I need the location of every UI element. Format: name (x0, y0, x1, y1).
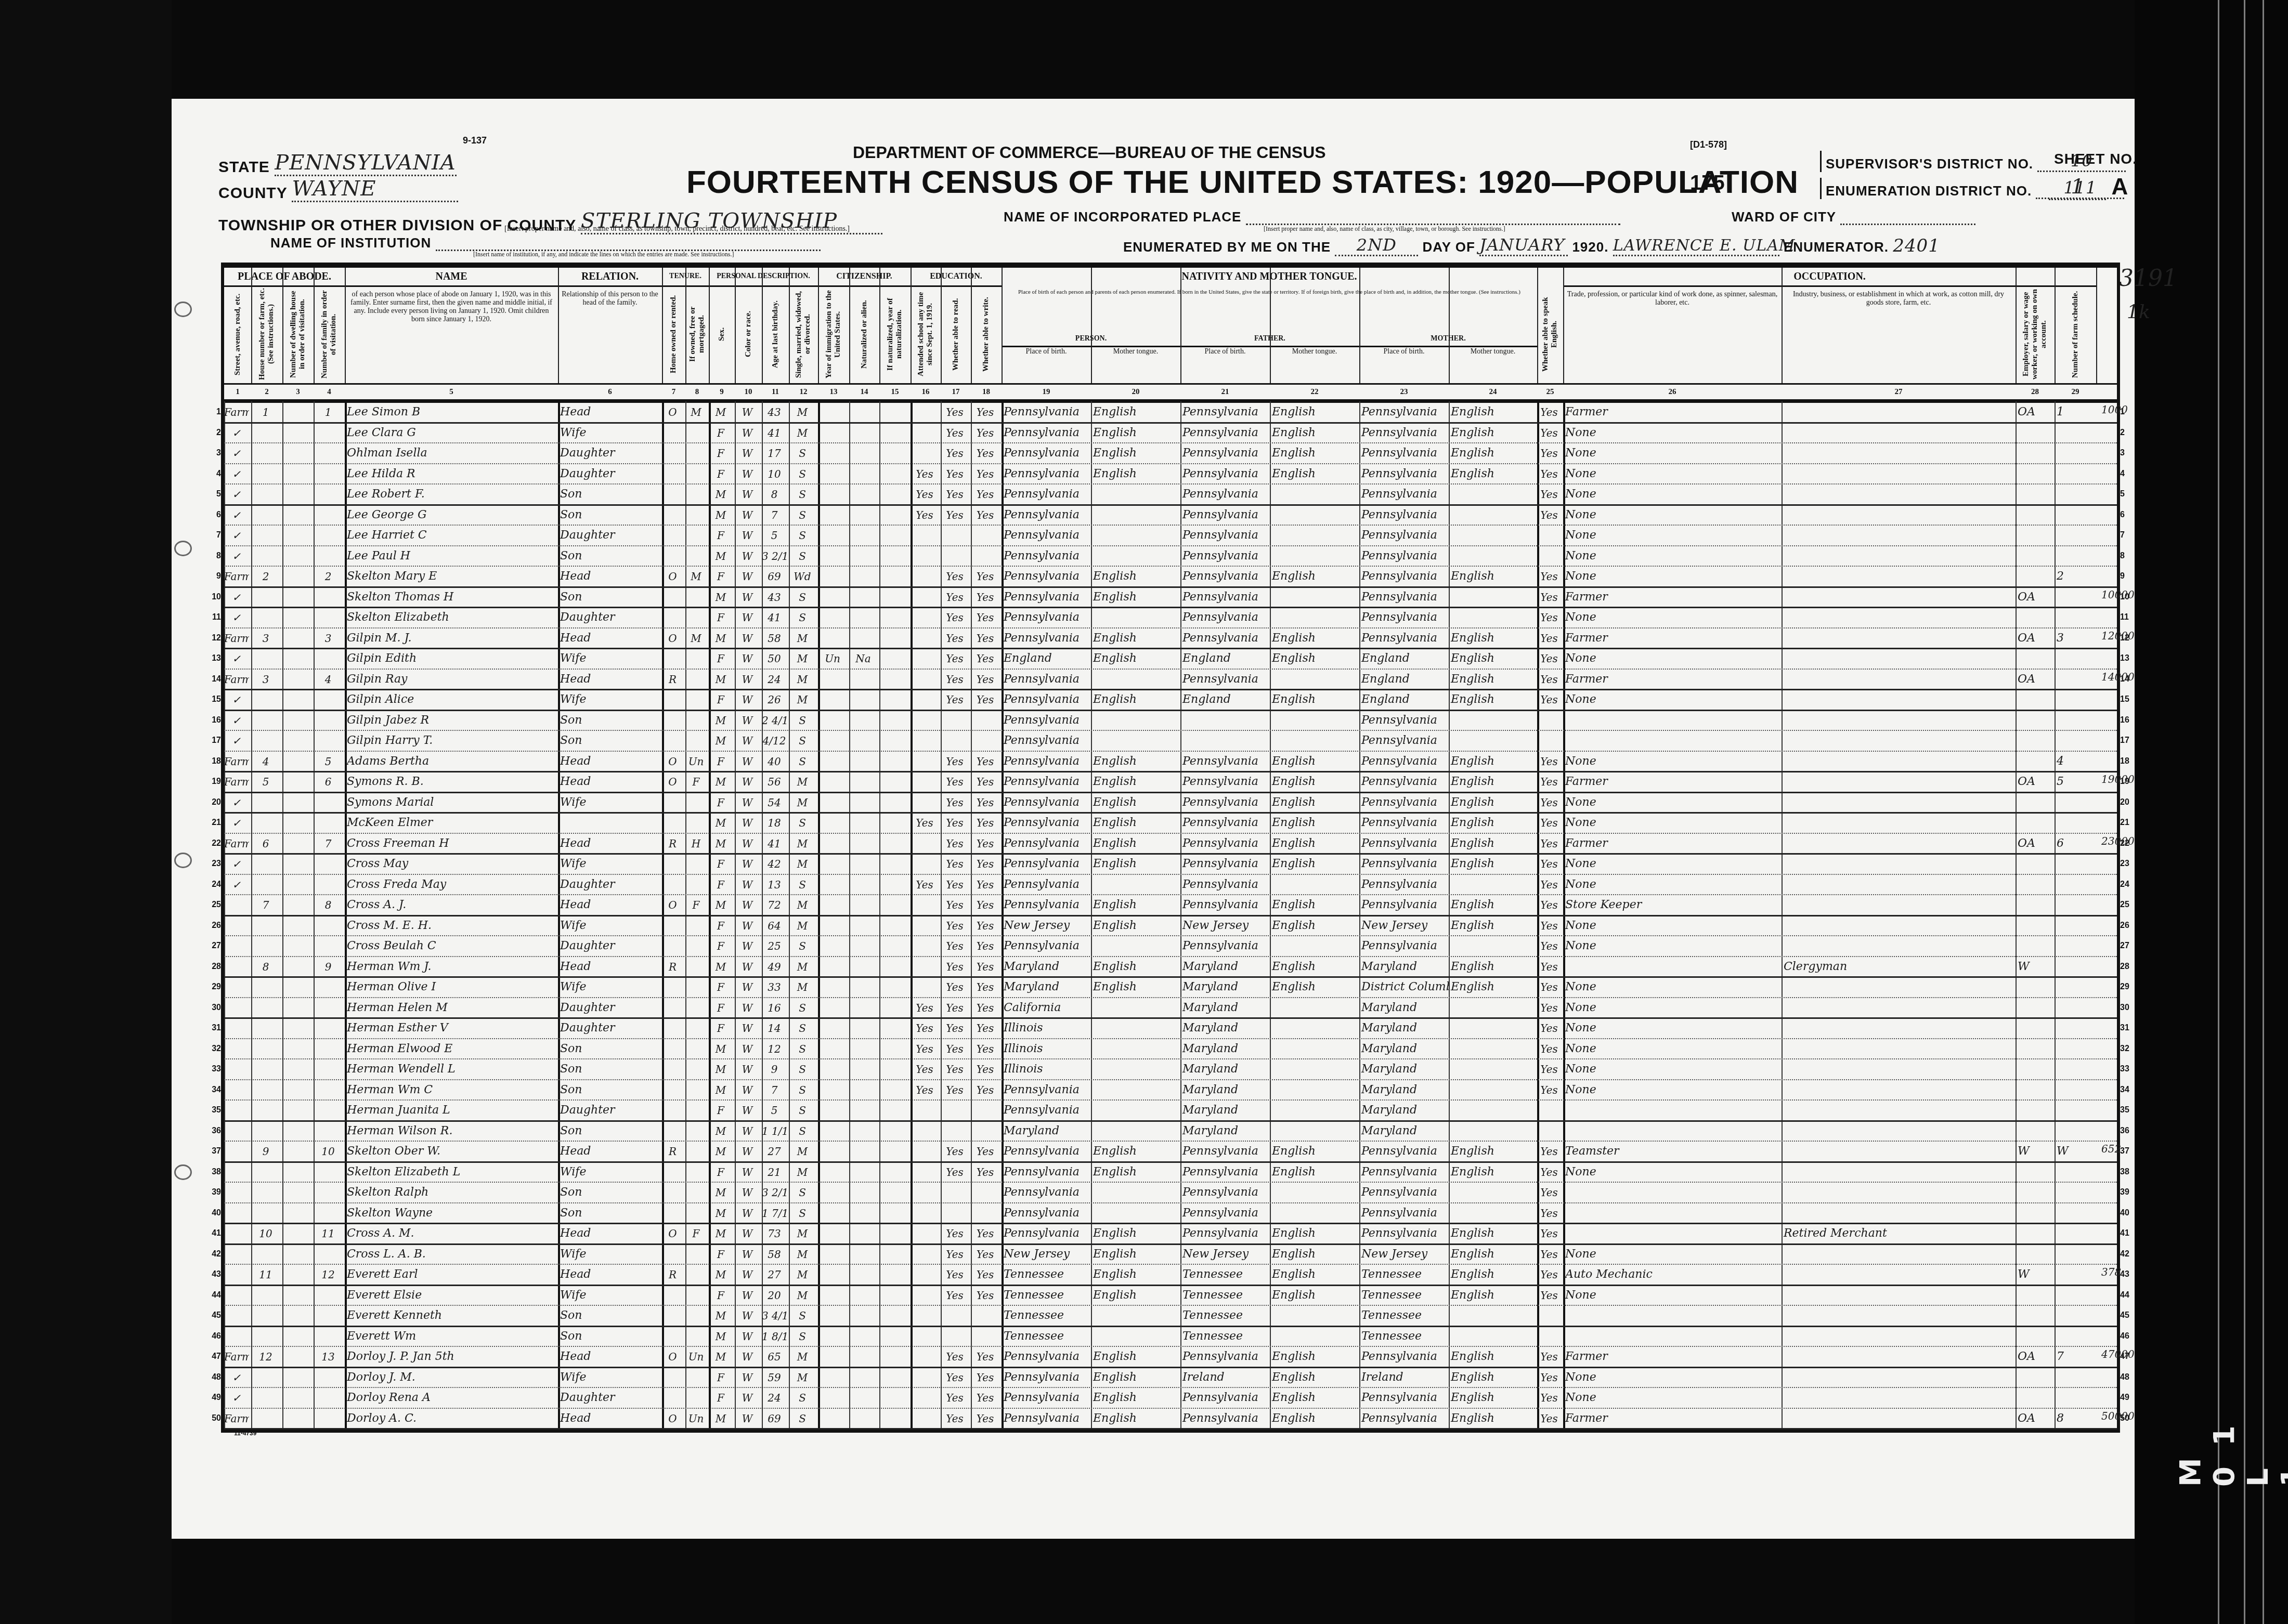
table-row[interactable]: 1919Farm56Symons R. B.HeadOFMW56MYesYesP… (224, 771, 2117, 793)
table-row[interactable]: 3232Herman Elwood ESonMW12SYesYesYesIlli… (224, 1038, 2117, 1060)
cell-tenure (662, 463, 683, 483)
cell-f_tongue (1270, 1182, 1359, 1202)
cell-mort (685, 1099, 707, 1120)
cell-f_tongue (1270, 1058, 1359, 1079)
cell-age: 64 (762, 915, 787, 935)
cell-marital: S (789, 1326, 816, 1346)
table-row[interactable]: 99Farm22Skelton Mary EHeadOMFW69WdYesYes… (224, 566, 2117, 588)
table-row[interactable]: 1717✓Gilpin Harry T.SonMW4/12SPennsylvan… (224, 730, 2117, 752)
cell-school (911, 730, 939, 750)
cell-race: W (735, 1326, 760, 1346)
cell-age: 69 (762, 566, 787, 586)
cell-house (251, 1017, 280, 1038)
cell-speak: Yes (1537, 1367, 1561, 1387)
margin-value-note: 378 (2101, 1266, 2121, 1278)
line-number: 36 (2120, 1120, 2139, 1142)
cell-sex: F (709, 1099, 733, 1120)
table-row[interactable]: 33✓Ohlman IsellaDaughterFW17SYesYesPenns… (224, 442, 2117, 464)
cell-mort (685, 483, 707, 504)
cell-emp (2016, 997, 2055, 1017)
cell-immig (818, 997, 847, 1017)
cell-street (224, 1161, 249, 1182)
cell-natyr (879, 1387, 908, 1407)
cell-emp (2016, 648, 2055, 668)
cell-sex: M (709, 1202, 733, 1223)
cell-industry (1782, 483, 2016, 504)
table-row[interactable]: 252578Cross A. J.HeadOFMW72MYesYesPennsy… (224, 894, 2117, 916)
cell-m_tongue: English (1449, 1264, 1537, 1284)
cell-marital: S (789, 935, 816, 955)
cell-farm (2055, 1326, 2096, 1346)
cell-dwelling (282, 853, 311, 873)
column-header-26: Trade, profession, or particular kind of… (1563, 268, 1783, 383)
table-row[interactable]: 3737910Skelton Ober W.HeadRMW27MYesYesPe… (224, 1141, 2117, 1163)
cell-m_pob: Pennsylvania (1359, 771, 1449, 791)
cell-mort (685, 1058, 707, 1079)
cell-emp: OA (2016, 586, 2055, 607)
cell-emp (2016, 1367, 2055, 1387)
cell-write: Yes (971, 1285, 999, 1305)
cell-street: ✓ (224, 1367, 249, 1387)
cell-sex: F (709, 1161, 733, 1182)
cell-age: 41 (762, 833, 787, 853)
cell-relation: Son (558, 483, 662, 504)
line-number: 17 (202, 730, 221, 752)
table-row[interactable]: 41411011Cross A. M.HeadOFMW73MYesYesPenn… (224, 1223, 2117, 1245)
cell-age: 58 (762, 627, 787, 648)
cell-family (314, 1038, 343, 1058)
table-row[interactable]: 1818Farm45Adams BerthaHeadOUnFW40SYesYes… (224, 751, 2117, 773)
cell-family (314, 792, 343, 812)
line-number: 33 (202, 1058, 221, 1080)
cell-read (941, 1305, 969, 1325)
cell-tenure: O (662, 894, 683, 914)
cell-natyr (879, 853, 908, 873)
cell-immig (818, 956, 847, 976)
cell-marital: M (789, 915, 816, 935)
cell-natyr (879, 1058, 908, 1079)
cell-dwelling (282, 401, 311, 422)
cell-immig (818, 1141, 847, 1161)
cell-street: Farm (224, 627, 249, 648)
punch-hole (174, 1164, 192, 1180)
cell-trade: Farmer (1563, 401, 1782, 422)
table-row[interactable]: 4848✓Dorloy J. M.WifeFW59MYesYesPennsylv… (224, 1367, 2117, 1389)
table-row[interactable]: 4646Everett WmSonMW1 8/12STennesseeTenne… (224, 1326, 2117, 1347)
table-row[interactable]: 2323✓Cross MayWifeFW42MYesYesPennsylvani… (224, 853, 2117, 875)
line-number: 43 (202, 1264, 221, 1286)
cell-tongue: English (1091, 422, 1180, 442)
table-row[interactable]: 22✓Lee Clara GWifeFW41MYesYesPennsylvani… (224, 422, 2117, 444)
column-number: 13 (818, 385, 849, 399)
cell-farm (2055, 1285, 2096, 1305)
cell-name: Cross A. M. (345, 1223, 558, 1243)
table-row[interactable]: 2626Cross M. E. H.WifeFW64MYesYesNew Jer… (224, 915, 2117, 937)
cell-read: Yes (941, 956, 969, 976)
cell-m_tongue (1449, 874, 1537, 894)
cell-read: Yes (941, 1141, 969, 1161)
cell-f_pob (1180, 710, 1270, 730)
cell-family: 3 (314, 627, 343, 648)
table-row[interactable]: 4545Everett KennethSonMW3 4/12STennessee… (224, 1305, 2117, 1327)
table-row[interactable]: 3838Skelton Elizabeth LWifeFW21MYesYesPe… (224, 1161, 2117, 1183)
cell-immig (818, 463, 847, 483)
table-row[interactable]: 5050FarmDorloy A. C.HeadOUnMW69SYesYesPe… (224, 1408, 2117, 1430)
cell-natyr (879, 1120, 908, 1141)
cell-tenure (662, 997, 683, 1017)
cell-school (911, 1326, 939, 1346)
cell-write: Yes (971, 812, 999, 832)
cell-house (251, 1408, 280, 1428)
table-row[interactable]: 44✓Lee Hilda RDaughterFW10SYesYesYesPenn… (224, 463, 2117, 485)
cell-tenure (662, 976, 683, 997)
cell-f_pob: Ireland (1180, 1367, 1270, 1387)
table-row[interactable]: 2222Farm67Cross Freeman HHeadRHMW41MYesY… (224, 833, 2117, 855)
cell-street: ✓ (224, 730, 249, 750)
film-border-bottom (0, 1539, 2288, 1624)
table-row[interactable]: 88✓Lee Paul HSonMW3 2/12SPennsylvaniaPen… (224, 545, 2117, 567)
cell-trade: None (1563, 525, 1782, 545)
cell-speak (1537, 1099, 1561, 1120)
cell-street (224, 1058, 249, 1079)
cell-m_tongue (1449, 1079, 1537, 1099)
cell-f_tongue: English (1270, 1161, 1359, 1182)
cell-m_tongue: English (1449, 1408, 1537, 1428)
cell-tenure (662, 812, 683, 832)
cell-f_tongue: English (1270, 833, 1359, 853)
cell-immig (818, 689, 847, 709)
cell-house (251, 1182, 280, 1202)
cell-family (314, 1120, 343, 1141)
cell-pob: Pennsylvania (1002, 853, 1091, 873)
census-sheet: STATE Pennsylvania COUNTY Wayne 9-137 TO… (172, 99, 2135, 1539)
cell-name: Herman Juanita L (345, 1099, 558, 1120)
cell-family (314, 1305, 343, 1325)
cell-house (251, 1058, 280, 1079)
table-row[interactable]: 1414Farm34Gilpin RayHeadRMW24MYesYesPenn… (224, 669, 2117, 691)
table-row[interactable]: 55✓Lee Robert F.SonMW8SYesYesYesPennsylv… (224, 483, 2117, 506)
line-number: 17 (2120, 730, 2139, 752)
table-row[interactable]: 4747Farm1213Dorloy J. P. Jan 5thHeadOUnM… (224, 1346, 2117, 1368)
cell-relation: Son (558, 1326, 662, 1346)
table-row[interactable]: 4949✓Dorloy Rena ADaughterFW24SYesYesPen… (224, 1387, 2117, 1409)
cell-emp (2016, 792, 2055, 812)
cell-age: 21 (762, 1161, 787, 1182)
cell-age: 59 (762, 1367, 787, 1387)
cell-tenure (662, 1243, 683, 1264)
cell-sex: F (709, 935, 733, 955)
cell-pob: Pennsylvania (1002, 935, 1091, 955)
line-number: 42 (202, 1243, 221, 1265)
line-number: 34 (2120, 1079, 2139, 1101)
cell-school: Yes (911, 1017, 939, 1038)
cell-nat (849, 792, 877, 812)
ward-field: WARD OF CITY (1732, 209, 1975, 225)
cell-natyr (879, 976, 908, 997)
cell-trade: None (1563, 504, 1782, 525)
cell-tongue (1091, 1202, 1180, 1223)
cell-f_pob (1180, 730, 1270, 750)
cell-f_pob: Maryland (1180, 1038, 1270, 1058)
cell-read: Yes (941, 833, 969, 853)
column-number: 28 (2016, 385, 2055, 399)
cell-m_pob: England (1359, 648, 1449, 668)
cell-marital: S (789, 874, 816, 894)
cell-race: W (735, 710, 760, 730)
cell-m_tongue: English (1449, 401, 1537, 422)
line-number: 5 (202, 483, 221, 505)
cell-family: 10 (314, 1141, 343, 1161)
cell-relation: Wife (558, 1161, 662, 1182)
cell-relation: Head (558, 401, 662, 422)
institution-hint: [Insert name of institution, if any, and… (473, 251, 734, 258)
table-row[interactable]: 1515✓Gilpin AliceWifeFW26MYesYesPennsylv… (224, 689, 2117, 711)
cell-pob: Pennsylvania (1002, 401, 1091, 422)
table-row[interactable]: 1212Farm33Gilpin M. J.HeadOMMW58MYesYesP… (224, 627, 2117, 650)
cell-age: 49 (762, 956, 787, 976)
column-header-16: Attended school any time since Sept. 1, … (911, 268, 942, 383)
cell-family (314, 1099, 343, 1120)
line-number: 6 (202, 504, 221, 526)
cell-trade (1563, 1223, 1782, 1243)
table-row[interactable]: 4444Everett ElsieWifeFW20MYesYesTennesse… (224, 1285, 2117, 1306)
cell-write: Yes (971, 1387, 999, 1407)
cell-trade: Farmer (1563, 627, 1782, 648)
table-row[interactable]: 2424✓Cross Freda MayDaughterFW13SYesYesY… (224, 874, 2117, 896)
cell-age: 56 (762, 771, 787, 791)
cell-tongue (1091, 545, 1180, 566)
table-row[interactable]: 3333Herman Wendell LSonMW9SYesYesYesIlli… (224, 1058, 2117, 1080)
cell-pob: Pennsylvania (1002, 607, 1091, 627)
cell-speak: Yes (1537, 976, 1561, 997)
cell-family (314, 935, 343, 955)
cell-tenure (662, 1285, 683, 1305)
cell-street (224, 935, 249, 955)
table-row[interactable]: 3434Herman Wm CSonMW7SYesYesYesPennsylva… (224, 1079, 2117, 1101)
cell-trade: None (1563, 1243, 1782, 1264)
cell-mort: M (685, 627, 707, 648)
table-row[interactable]: 1313✓Gilpin EdithWifeFW50MUnNaYesYesEngl… (224, 648, 2117, 670)
cell-nat (849, 483, 877, 504)
cell-natyr (879, 586, 908, 607)
table-row[interactable]: 2929Herman Olive IWifeFW33MYesYesMarylan… (224, 976, 2117, 998)
table-row[interactable]: 1111✓Skelton ElizabethDaughterFW41SYesYe… (224, 607, 2117, 628)
column-number-row: 1234567891011121314151617181920212223242… (224, 383, 2117, 403)
cell-marital: S (789, 1079, 816, 1099)
cell-nat (849, 1346, 877, 1366)
cell-emp (2016, 1079, 2055, 1099)
cell-read: Yes (941, 874, 969, 894)
cell-sex: F (709, 689, 733, 709)
line-number: 24 (2120, 874, 2139, 896)
cell-f_tongue: English (1270, 853, 1359, 873)
cell-family (314, 874, 343, 894)
cell-mort (685, 956, 707, 976)
cell-family: 2 (314, 566, 343, 586)
cell-speak: Yes (1537, 1285, 1561, 1305)
cell-name: Herman Olive I (345, 976, 558, 997)
state-field: STATE Pennsylvania (218, 151, 457, 176)
cell-industry (1782, 1408, 2016, 1428)
table-row[interactable]: 2020✓Symons MarialWifeFW54MYesYesPennsyl… (224, 792, 2117, 814)
cell-relation: Son (558, 1120, 662, 1141)
cell-farm (2055, 935, 2096, 955)
cell-emp (2016, 812, 2055, 832)
cell-dwelling (282, 1120, 311, 1141)
cell-natyr (879, 1285, 908, 1305)
table-row[interactable]: 77✓Lee Harriet CDaughterFW5SPennsylvania… (224, 525, 2117, 546)
enumeration-day: 2nd (1335, 235, 1418, 256)
cell-mort: Un (685, 1346, 707, 1366)
cell-m_tongue: English (1449, 1387, 1537, 1407)
cell-trade: None (1563, 545, 1782, 566)
cell-tongue: English (1091, 1223, 1180, 1243)
cell-emp (2016, 915, 2055, 935)
table-row[interactable]: 282889Herman Wm J.HeadRMW49MYesYesMaryla… (224, 956, 2117, 978)
table-row[interactable]: 2727Cross Beulah CDaughterFW25SYesYesPen… (224, 935, 2117, 957)
table-row[interactable]: 3030Herman Helen MDaughterFW16SYesYesYes… (224, 997, 2117, 1019)
cell-natyr (879, 607, 908, 627)
cell-read (941, 730, 969, 750)
cell-school: Yes (911, 997, 939, 1017)
cell-farm (2055, 648, 2096, 668)
cell-m_pob: Pennsylvania (1359, 422, 1449, 442)
cell-industry (1782, 1161, 2016, 1182)
cell-age: 27 (762, 1264, 787, 1284)
cell-house (251, 853, 280, 873)
cell-house: 3 (251, 627, 280, 648)
cell-emp (2016, 1099, 2055, 1120)
cell-m_pob: Pennsylvania (1359, 463, 1449, 483)
cell-name: Herman Wm J. (345, 956, 558, 976)
cell-pob: Pennsylvania (1002, 566, 1091, 586)
cell-race: W (735, 1079, 760, 1099)
cell-pob: Pennsylvania (1002, 1161, 1091, 1182)
cell-sex: F (709, 1285, 733, 1305)
cell-read: Yes (941, 1223, 969, 1243)
cell-f_tongue (1270, 1202, 1359, 1223)
cell-tenure: O (662, 1346, 683, 1366)
cell-farm (2055, 669, 2096, 689)
cell-farm (2055, 874, 2096, 894)
table-row[interactable]: 4242Cross L. A. B.WifeFW58MYesYesNew Jer… (224, 1243, 2117, 1265)
table-row[interactable]: 4040Skelton WayneSonMW1 7/12SPennsylvani… (224, 1202, 2117, 1225)
cell-pob: Pennsylvania (1002, 1408, 1091, 1428)
cell-speak: Yes (1537, 833, 1561, 853)
cell-nat (849, 442, 877, 463)
cell-relation: Head (558, 1141, 662, 1161)
cell-street: ✓ (224, 545, 249, 566)
line-number: 1 (202, 401, 221, 423)
cell-marital: S (789, 751, 816, 771)
line-number: 47 (202, 1346, 221, 1368)
table-row[interactable]: 11Farm11Lee Simon BHeadOMMW43MYesYesPenn… (224, 401, 2117, 424)
cell-pob: Pennsylvania (1002, 422, 1091, 442)
cell-m_pob: Pennsylvania (1359, 525, 1449, 545)
cell-age: 8 (762, 483, 787, 504)
cell-mort (685, 710, 707, 730)
table-row[interactable]: 3636Herman Wilson R.SonMW1 1/12SMaryland… (224, 1120, 2117, 1142)
cell-m_tongue (1449, 935, 1537, 955)
cell-pob: Pennsylvania (1002, 545, 1091, 566)
enumeration-date-line: ENUMERATED BY ME ON THE 2nd DAY OF Janua… (1123, 235, 1940, 256)
cell-trade: None (1563, 1079, 1782, 1099)
cell-nat (849, 1264, 877, 1284)
cell-mort (685, 607, 707, 627)
cell-sex: M (709, 1408, 733, 1428)
cell-name: Cross Freda May (345, 874, 558, 894)
cell-race: W (735, 1017, 760, 1038)
cell-m_pob: Tennessee (1359, 1326, 1449, 1346)
cell-nat (849, 1387, 877, 1407)
cell-emp: OA (2016, 669, 2055, 689)
table-row[interactable]: 1616✓Gilpin Jabez RSonMW2 4/12SPennsylva… (224, 710, 2117, 731)
cell-nat (849, 894, 877, 914)
cell-pob: Maryland (1002, 956, 1091, 976)
table-row[interactable]: 66✓Lee George GSonMW7SYesYesYesPennsylva… (224, 504, 2117, 526)
cell-relation: Wife (558, 792, 662, 812)
cell-tenure: R (662, 956, 683, 976)
cell-tongue: English (1091, 894, 1180, 914)
cell-house (251, 710, 280, 730)
cell-mort (685, 1079, 707, 1099)
cell-nat (849, 1367, 877, 1387)
cell-trade: Farmer (1563, 833, 1782, 853)
cell-relation: Head (558, 833, 662, 853)
cell-marital: M (789, 1223, 816, 1243)
line-number: 45 (2120, 1305, 2139, 1327)
cell-f_tongue (1270, 730, 1359, 750)
table-row[interactable]: 2121✓McKeen ElmerMW18SYesYesYesPennsylva… (224, 812, 2117, 834)
cell-f_tongue (1270, 586, 1359, 607)
cell-relation: Daughter (558, 935, 662, 955)
line-number: 5 (2120, 483, 2139, 505)
cell-f_tongue: English (1270, 1264, 1359, 1284)
table-row[interactable]: 3939Skelton RalphSonMW3 2/12SPennsylvani… (224, 1182, 2117, 1203)
cell-dwelling (282, 1305, 311, 1325)
cell-farm (2055, 1264, 2096, 1284)
table-row[interactable]: 1010✓Skelton Thomas HSonMW43SYesYesPenns… (224, 586, 2117, 609)
cell-marital: M (789, 771, 816, 791)
cell-age: 43 (762, 586, 787, 607)
cell-trade: None (1563, 874, 1782, 894)
cell-dwelling (282, 833, 311, 853)
cell-relation (558, 812, 662, 832)
cell-mort (685, 1243, 707, 1264)
cell-nat (849, 1038, 877, 1058)
cell-immig (818, 976, 847, 997)
cell-m_pob: Pennsylvania (1359, 730, 1449, 750)
sheet-letter: A (2112, 174, 2128, 200)
cell-speak: Yes (1537, 935, 1561, 955)
cell-street (224, 894, 249, 914)
cell-f_tongue: English (1270, 627, 1359, 648)
line-number: 44 (202, 1285, 221, 1306)
table-row[interactable]: 3535Herman Juanita LDaughterFW5SPennsylv… (224, 1099, 2117, 1122)
table-row[interactable]: 43431112Everett EarlHeadRMW27MYesYesTenn… (224, 1264, 2117, 1286)
cell-pob: Pennsylvania (1002, 812, 1091, 832)
table-row[interactable]: 3131Herman Esther VDaughterFW14SYesYesYe… (224, 1017, 2117, 1039)
cell-tongue: English (1091, 1161, 1180, 1182)
cell-write: Yes (971, 1243, 999, 1264)
cell-farm (2055, 792, 2096, 812)
cell-house (251, 422, 280, 442)
margin-value-note: 19000 (2101, 773, 2135, 785)
cell-f_pob: Maryland (1180, 976, 1270, 997)
line-number: 20 (202, 792, 221, 814)
cell-write: Yes (971, 463, 999, 483)
cell-emp (2016, 894, 2055, 914)
